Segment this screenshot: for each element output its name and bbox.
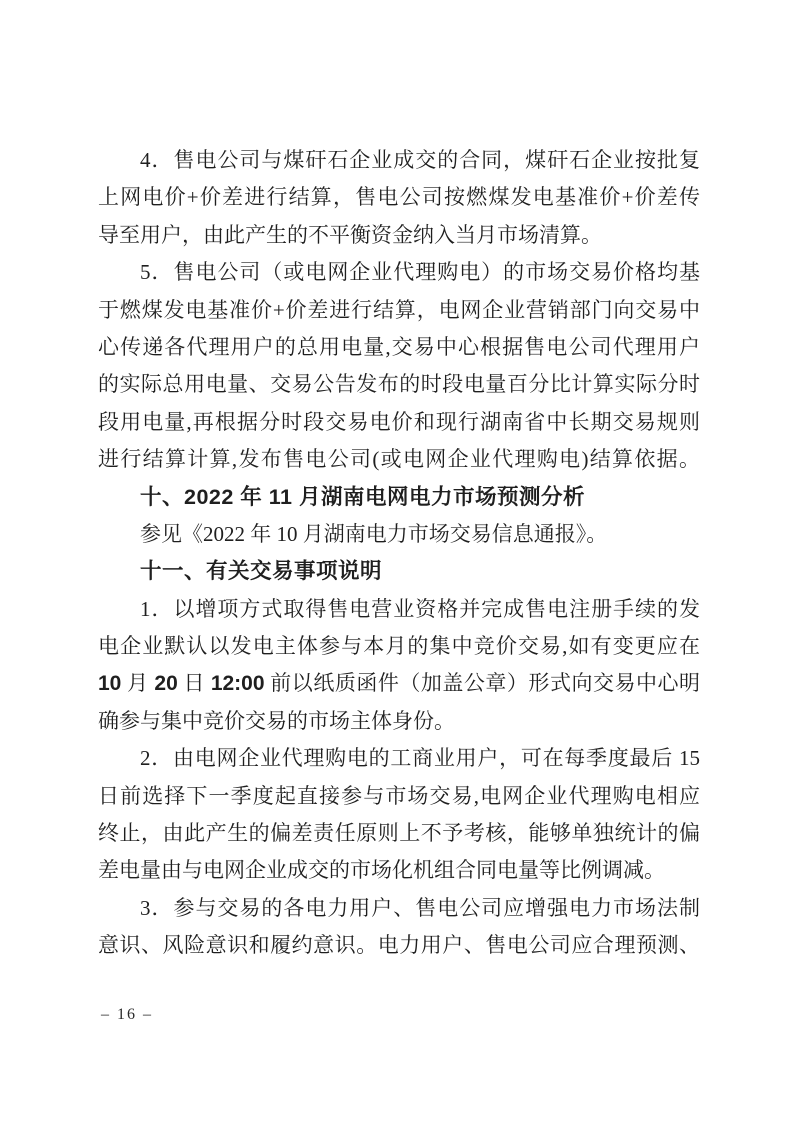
text-segment: 十一、有关交易事项说明 [140, 559, 382, 583]
text-segment: 电企业默认以发电主体参与本月的集中竞价交易,如有变更应在 [98, 634, 700, 658]
body-text-line: 于燃煤发电基准价+价差进行结算，电网企业营销部门向交易中 [98, 292, 700, 329]
body-text-line: 进行结算计算,发布售电公司(或电网企业代理购电)结算依据。 [98, 441, 700, 478]
text-segment: 月 [121, 671, 154, 695]
bold-number: 10 [98, 672, 121, 695]
text-segment: 进行结算计算,发布售电公司(或电网企业代理购电)结算依据。 [98, 447, 700, 471]
bold-number: 20 [154, 672, 177, 695]
text-segment: 2．由电网企业代理购电的工商业用户，可在每季度最后 15 [140, 746, 700, 770]
text-segment: 4．售电公司与煤矸石企业成交的合同，煤矸石企业按批复 [140, 148, 700, 172]
text-segment: 的实际总用电量、交易公告发布的时段电量百分比计算实际分时 [98, 372, 700, 396]
text-segment: 确参与集中竞价交易的市场主体身份。 [98, 709, 455, 733]
text-segment: 段用电量,再根据分时段交易电价和现行湖南省中长期交易规则 [98, 410, 700, 434]
text-segment: 3．参与交易的各电力用户、售电公司应增强电力市场法制 [140, 896, 700, 920]
bold-number: 12:00 [211, 672, 265, 695]
document-body: 4．售电公司与煤矸石企业成交的合同，煤矸石企业按批复上网电价+价差进行结算，售电… [98, 142, 700, 965]
text-segment: 参见《2022 年 10 月湖南电力市场交易信息通报》。 [140, 522, 607, 546]
page-number: – 16 – [101, 1006, 153, 1024]
body-text-line: 5．售电公司（或电网企业代理购电）的市场交易价格均基 [98, 254, 700, 291]
text-segment: 于燃煤发电基准价+价差进行结算，电网企业营销部门向交易中 [98, 298, 700, 322]
body-text-line: 1．以增项方式取得售电营业资格并完成售电注册手续的发 [98, 591, 700, 628]
body-text-line: 心传递各代理用户的总用电量,交易中心根据售电公司代理用户 [98, 329, 700, 366]
section-heading: 十一、有关交易事项说明 [98, 553, 700, 590]
text-segment: 日前选择下一季度起直接参与市场交易,电网企业代理购电相应 [98, 784, 700, 808]
text-segment: 终止，由此产生的偏差责任原则上不予考核，能够单独统计的偏 [98, 821, 700, 845]
body-text-line: 段用电量,再根据分时段交易电价和现行湖南省中长期交易规则 [98, 404, 700, 441]
body-text-line: 10 月 20 日 12:00 前以纸质函件（加盖公章）形式向交易中心明 [98, 665, 700, 702]
body-text-line: 的实际总用电量、交易公告发布的时段电量百分比计算实际分时 [98, 366, 700, 403]
text-segment: 十、2022 年 11 月湖南电网电力市场预测分析 [140, 485, 585, 509]
text-segment: 日 [178, 671, 211, 695]
text-segment: 导至用户，由此产生的不平衡资金纳入当月市场清算。 [98, 223, 602, 247]
body-text-line: 4．售电公司与煤矸石企业成交的合同，煤矸石企业按批复 [98, 142, 700, 179]
section-heading: 十、2022 年 11 月湖南电网电力市场预测分析 [98, 479, 700, 516]
text-segment: 上网电价+价差进行结算，售电公司按燃煤发电基准价+价差传 [98, 185, 700, 209]
body-text-line: 电企业默认以发电主体参与本月的集中竞价交易,如有变更应在 [98, 628, 700, 665]
document-page: 4．售电公司与煤矸石企业成交的合同，煤矸石企业按批复上网电价+价差进行结算，售电… [0, 0, 794, 1123]
body-text-line: 终止，由此产生的偏差责任原则上不予考核，能够单独统计的偏 [98, 815, 700, 852]
text-segment: 意识、风险意识和履约意识。电力用户、售电公司应合理预测、 [98, 933, 700, 957]
body-text-line: 导至用户，由此产生的不平衡资金纳入当月市场清算。 [98, 217, 700, 254]
body-text-line: 意识、风险意识和履约意识。电力用户、售电公司应合理预测、 [98, 927, 700, 964]
body-text-line: 3．参与交易的各电力用户、售电公司应增强电力市场法制 [98, 890, 700, 927]
body-text-line: 参见《2022 年 10 月湖南电力市场交易信息通报》。 [98, 516, 700, 553]
body-text-line: 确参与集中竞价交易的市场主体身份。 [98, 703, 700, 740]
text-segment: 1．以增项方式取得售电营业资格并完成售电注册手续的发 [140, 597, 700, 621]
text-segment: 5．售电公司（或电网企业代理购电）的市场交易价格均基 [140, 260, 700, 284]
body-text-line: 上网电价+价差进行结算，售电公司按燃煤发电基准价+价差传 [98, 179, 700, 216]
body-text-line: 日前选择下一季度起直接参与市场交易,电网企业代理购电相应 [98, 778, 700, 815]
body-text-line: 2．由电网企业代理购电的工商业用户，可在每季度最后 15 [98, 740, 700, 777]
body-text-line: 差电量由与电网企业成交的市场化机组合同电量等比例调减。 [98, 852, 700, 889]
text-segment: 心传递各代理用户的总用电量,交易中心根据售电公司代理用户 [98, 335, 700, 359]
text-segment: 差电量由与电网企业成交的市场化机组合同电量等比例调减。 [98, 858, 665, 882]
text-segment: 前以纸质函件（加盖公章）形式向交易中心明 [265, 671, 701, 695]
